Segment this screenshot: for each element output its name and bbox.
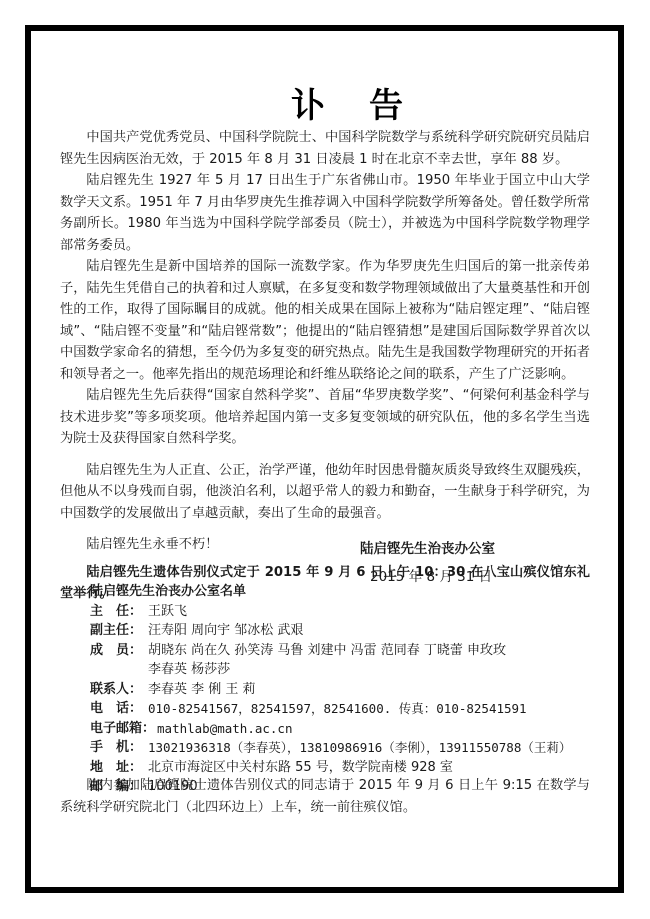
paragraph-achievements: 陆启铿先生是新中国培养的国际一流数学家。作为华罗庚先生归国后的第一批亲传弟子，陆… <box>60 256 590 385</box>
committee-row-deputy-directors: 副主任： 汪寿阳 周向宇 邹冰松 武艰 <box>90 621 571 641</box>
paragraph-death-announcement: 中国共产党优秀党员、中国科学院院士、中国科学院数学与系统科学研究院研究员陆启铿先… <box>60 127 590 170</box>
committee-row-contacts: 联系人： 李春英 李 俐 王 莉 <box>90 680 571 700</box>
row-label: 主 任： <box>90 602 146 622</box>
committee-row-director: 主 任： 王跃飞 <box>90 602 571 622</box>
bus-arrangement-notice: 院内参加陆启铿院士遗体告别仪式的同志请于 2015 年 9 月 6 日上午 9:… <box>60 775 590 819</box>
committee-row-members: 成 员： 胡晓东 尚在久 孙笑涛 马鲁 刘建中 冯雷 范同春 丁晓蕾 申玫玫 <box>90 641 571 661</box>
row-value: 李春英 李 俐 王 莉 <box>148 680 256 700</box>
email-link[interactable]: mathlab@math.ac.cn <box>157 719 292 739</box>
committee-heading: 陆启铿先生治丧办公室名单 <box>90 582 571 602</box>
row-value: 胡晓东 尚在久 孙笑涛 马鲁 刘建中 冯雷 范同春 丁晓蕾 申玫玫 <box>148 641 506 661</box>
mobile-value[interactable]: 13021936318（李春英），13810986916（李俐），1391155… <box>148 738 571 758</box>
paragraph-eulogy: 陆启铿先生永垂不朽！ <box>60 534 590 556</box>
paragraph-character: 陆启铿先生为人正直、公正，治学严谨，他幼年时因患骨髓灰质炎导致终生双腿残疾，但他… <box>60 460 590 525</box>
committee-row-members-cont: 李春英 杨莎莎 <box>90 660 571 680</box>
obituary-body: 中国共产党优秀党员、中国科学院院士、中国科学院数学与系统科学研究院研究员陆启铿先… <box>60 127 590 605</box>
row-label: 手 机： <box>90 738 146 758</box>
row-label: 电子邮箱： <box>90 719 155 739</box>
committee-row-phone: 电 话： 010-82541567，82541597，82541600. 传真：… <box>90 699 571 719</box>
funeral-committee-list: 陆启铿先生治丧办公室名单 主 任： 王跃飞 副主任： 汪寿阳 周向宇 邹冰松 武… <box>90 582 571 797</box>
obituary-title: 讣告 <box>0 86 650 126</box>
row-label: 副主任： <box>90 621 146 641</box>
signature-office: 陆启铿先生治丧办公室 <box>360 537 495 557</box>
row-value: 汪寿阳 周向宇 邹冰松 武艰 <box>148 621 303 641</box>
committee-row-email: 电子邮箱： mathlab@math.ac.cn <box>90 719 571 739</box>
row-label <box>90 660 146 680</box>
row-value: 王跃飞 <box>148 602 187 622</box>
closing-notice: 院内参加陆启铿院士遗体告别仪式的同志请于 2015 年 9 月 6 日上午 9:… <box>60 775 590 819</box>
row-label: 联系人： <box>90 680 146 700</box>
row-label: 电 话： <box>90 699 146 719</box>
committee-row-mobile: 手 机： 13021936318（李春英），13810986916（李俐），13… <box>90 738 571 758</box>
paragraph-biography: 陆启铿先生 1927 年 5 月 17 日出生于广东省佛山市。1950 年毕业于… <box>60 170 590 256</box>
phone-fax-value[interactable]: 010-82541567，82541597，82541600. 传真：010-8… <box>148 699 527 719</box>
row-label: 成 员： <box>90 641 146 661</box>
paragraph-awards: 陆启铿先生先后获得“国家自然科学奖”、首届“华罗庚数学奖”、“何梁何利基金科学与… <box>60 385 590 450</box>
row-value: 李春英 杨莎莎 <box>148 660 230 680</box>
